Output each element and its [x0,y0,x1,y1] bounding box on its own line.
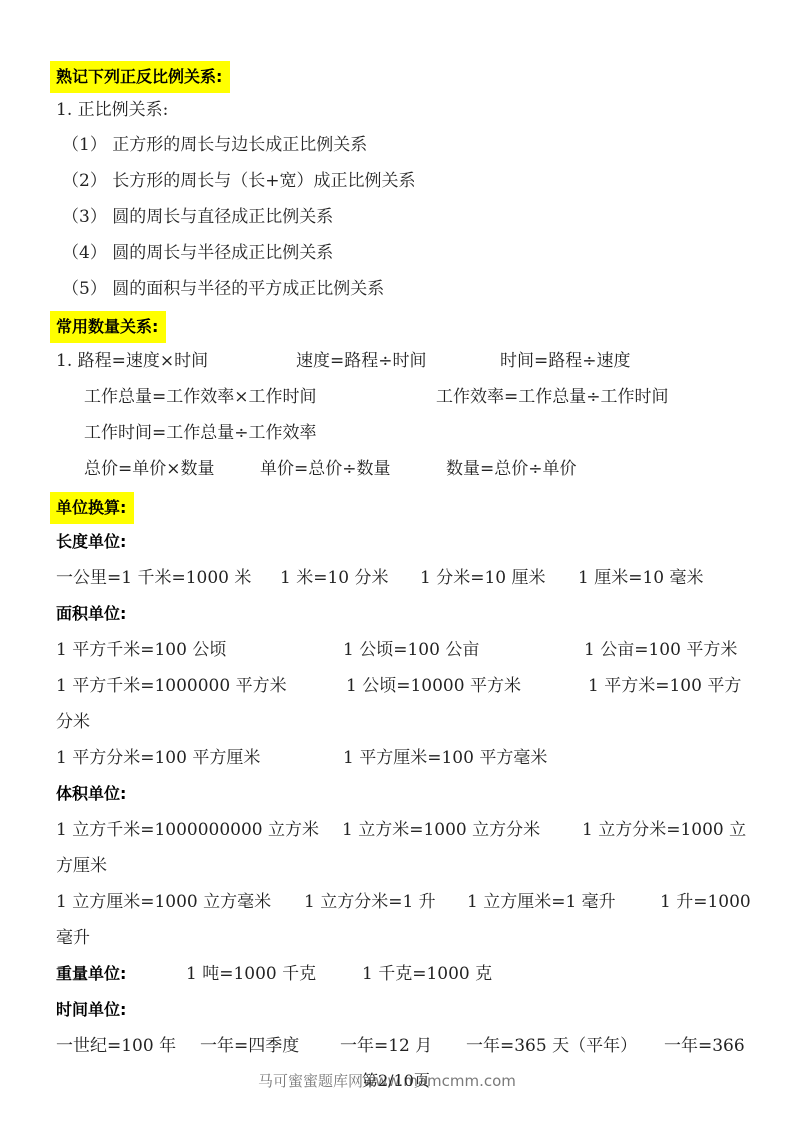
conversion: 1 分米=10 厘米 [420,567,546,589]
list-item: （4） 圆的周长与半径成正比例关系 [62,242,333,264]
conversion: 1 公顷=100 公亩 [343,639,479,661]
heading-quantity: 常用数量关系: [50,311,166,343]
weight-units-title: 重量单位: [56,963,126,985]
conversion: 1 立方分米=1000 立 [582,819,746,841]
document-page: 熟记下列正反比例关系: 1. 正比例关系: （1） 正方形的周长与边长成正比例关… [0,0,794,1122]
conversion: 1 立方米=1000 立方分米 [342,819,540,841]
formula: 1. 路程=速度×时间 [56,350,208,372]
formula: 单价=总价÷数量 [260,458,391,480]
formula: 数量=总价÷单价 [446,458,577,480]
conversion: 1 千克=1000 克 [362,963,492,985]
formula: 工作效率=工作总量÷工作时间 [436,386,669,408]
formula: 总价=单价×数量 [84,458,215,480]
volume-units-title: 体积单位: [56,783,126,805]
list-item: （1） 正方形的周长与边长成正比例关系 [62,134,367,156]
conversion: 一世纪=100 年 [56,1035,176,1057]
conversion-continued: 毫升 [56,927,90,949]
conversion: 1 吨=1000 千克 [186,963,316,985]
conversion: 1 平方千米=1000000 平方米 [56,675,287,697]
conversion: 1 平方厘米=100 平方毫米 [343,747,547,769]
formula: 时间=路程÷速度 [500,350,631,372]
heading-conversion: 单位换算: [50,492,134,524]
conversion: 1 立方厘米=1000 立方毫米 [56,891,271,913]
conversion: 1 立方分米=1 升 [304,891,436,913]
area-units-title: 面积单位: [56,603,126,625]
formula: 工作总量=工作效率×工作时间 [84,386,317,408]
conversion: 一年=365 天（平年） [466,1035,637,1057]
conversion: 1 平方千米=100 公顷 [56,639,226,661]
formula: 工作时间=工作总量÷工作效率 [84,422,317,444]
conversion: 1 立方千米=1000000000 立方米 [56,819,319,841]
conversion: 一年=四季度 [200,1035,299,1057]
conversion: 1 厘米=10 毫米 [578,567,704,589]
length-units-title: 长度单位: [56,531,126,553]
formula: 速度=路程÷时间 [296,350,427,372]
page-number: 第2/10页 [362,1068,430,1091]
conversion-continued: 方厘米 [56,855,107,877]
list-item: （3） 圆的周长与直径成正比例关系 [62,206,333,228]
conversion: 1 立方厘米=1 毫升 [467,891,616,913]
conversion: 1 公亩=100 平方米 [584,639,737,661]
conversion-continued: 分米 [56,711,90,733]
subheading-direct-proportion: 1. 正比例关系: [56,99,168,121]
list-item: （5） 圆的面积与半径的平方成正比例关系 [62,278,384,300]
conversion: 一公里=1 千米=1000 米 [56,567,251,589]
time-units-title: 时间单位: [56,999,126,1021]
conversion: 1 平方分米=100 平方厘米 [56,747,260,769]
conversion: 一年=366 [664,1035,745,1057]
list-item: （2） 长方形的周长与（长+宽）成正比例关系 [62,170,415,192]
conversion: 1 米=10 分米 [280,567,389,589]
conversion: 1 平方米=100 平方 [588,675,741,697]
conversion: 1 公顷=10000 平方米 [346,675,521,697]
conversion: 1 升=1000 [660,891,751,913]
heading-proportion: 熟记下列正反比例关系: [50,61,230,93]
conversion: 一年=12 月 [340,1035,432,1057]
